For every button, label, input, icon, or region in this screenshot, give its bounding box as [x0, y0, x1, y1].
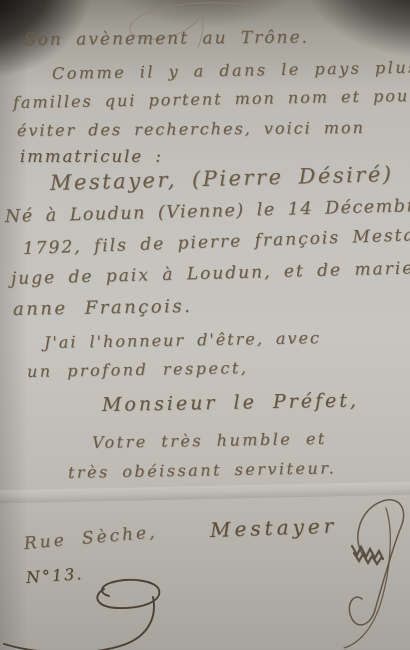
manuscript-line: anne François.: [13, 296, 193, 320]
manuscript-line: familles qui portent mon nom et pour: [13, 86, 410, 112]
manuscript-line: Né à Loudun (Vienne) le 14 Décembre: [5, 196, 410, 227]
manuscript-photo: Son avènement au Trône. Comme il y a dan…: [0, 0, 410, 650]
signature-scribble: [352, 546, 383, 564]
address-paraph: [4, 580, 159, 650]
address-number: N°13.: [25, 564, 84, 587]
signature-mestayer: Mestayer: [210, 514, 338, 542]
manuscript-line: Son avènement au Trône.: [24, 28, 309, 50]
manuscript-line: éviter des recherches, voici mon: [17, 118, 365, 140]
manuscript-line: Monsieur le Préfet,: [102, 390, 359, 416]
manuscript-line: Comme il y a dans le pays plusieurs: [52, 57, 410, 83]
manuscript-line: J'ai l'honneur d'être, avec: [44, 328, 321, 352]
manuscript-line: juge de paix à Loudun, et de marie: [11, 258, 410, 289]
manuscript-line: très obéissant serviteur.: [68, 458, 337, 482]
signature-paraph-tail: [344, 508, 390, 648]
manuscript-line: un profond respect,: [27, 358, 249, 381]
manuscript-line: Mestayer, (Pierre Désiré): [50, 162, 394, 195]
signature-paraph: [349, 500, 403, 625]
manuscript-line: Votre très humble et: [92, 429, 327, 452]
manuscript-line: 1792, fils de pierre françois Mestayer: [23, 224, 410, 259]
manuscript-line: immatricule :: [20, 147, 163, 166]
address-street: Rue Sèche,: [23, 522, 158, 554]
paper-crease: [0, 481, 410, 503]
